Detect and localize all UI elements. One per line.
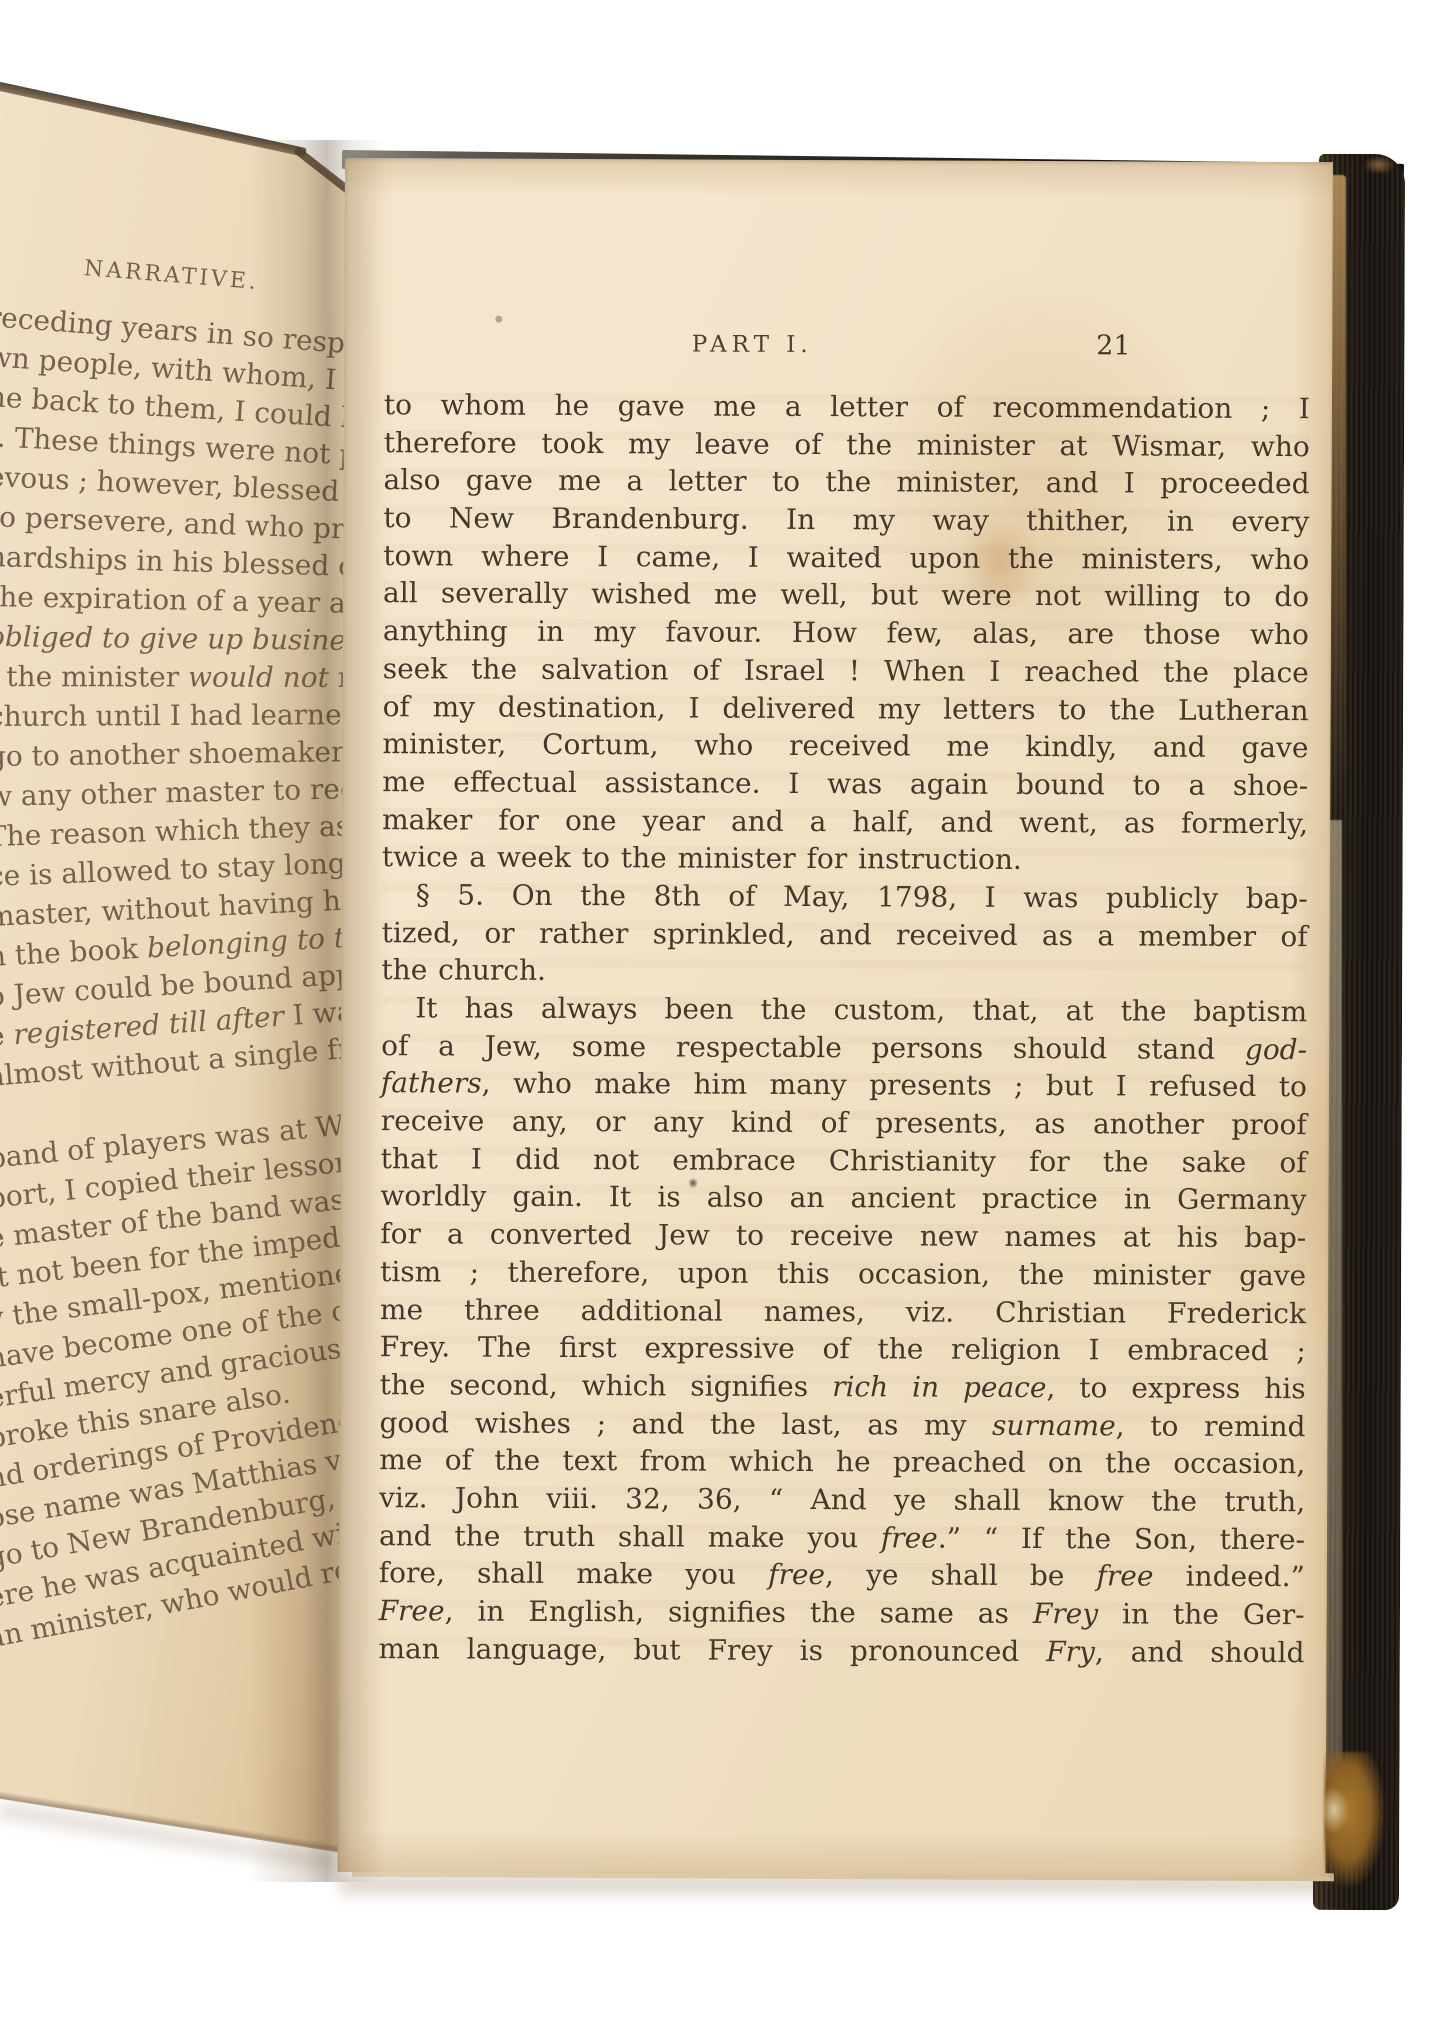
paper-speck (873, 547, 878, 552)
text-line: to whom he gave me a letter of recommend… (384, 386, 1310, 428)
text-line: Frey. The first expressive of the religi… (380, 1328, 1306, 1370)
text-line: twice a week to the minister for instruc… (382, 838, 1308, 880)
text-line: of my destination, I delivered my letter… (383, 688, 1309, 730)
italic-text: Frey (1033, 1597, 1098, 1630)
italic-text: god- (1245, 1033, 1307, 1066)
worn-cover-top-corner (1364, 156, 1394, 174)
text-line: man language, but Frey is pronounced Fry… (378, 1630, 1304, 1672)
text-line: good wishes ; and the last, as my surnam… (379, 1404, 1305, 1446)
right-page-body: to whom he gave me a letter of recommend… (378, 386, 1310, 1671)
text-line: of a Jew, some respectable persons shoul… (381, 1027, 1307, 1069)
text-line: the second, which signifies rich in peac… (380, 1366, 1306, 1408)
worn-corner-paper (1320, 1788, 1348, 1832)
paper-speck (495, 316, 502, 323)
text-line: fathers, who make him many presents ; bu… (381, 1065, 1307, 1107)
text-line: anything in my favour. How few, alas, ar… (383, 612, 1309, 654)
text-line: me effectual assistance. I was again bou… (382, 763, 1308, 805)
italic-text: rich in peace (832, 1370, 1047, 1404)
text-line: tized, or rather sprinkled, and received… (382, 914, 1308, 956)
book-photo: NARRATIVE. receding years in so respecta… (0, 0, 1445, 2023)
italic-text: Fry (1046, 1635, 1095, 1668)
italic-text: free (881, 1521, 938, 1554)
italic-text: surname (992, 1408, 1116, 1442)
right-page-header-row: PART I. 21 (344, 330, 1332, 374)
right-page: PART I. 21 to whom he gave me a letter o… (338, 158, 1333, 1876)
italic-text: free (768, 1558, 825, 1591)
text-line: to New Brandenburg. In my way thither, i… (383, 499, 1309, 541)
text-line: minister, Cortum, who received me kindly… (382, 725, 1308, 767)
text-line: me three additional names, viz. Christia… (380, 1291, 1306, 1333)
italic-text: fathers (381, 1067, 482, 1100)
text-line: for a converted Jew to receive new names… (380, 1215, 1306, 1257)
text-line: tism ; therefore, upon this occasion, th… (380, 1253, 1306, 1295)
text-line: therefore took my leave of the minister … (384, 424, 1310, 466)
text-line: and the truth shall make you free.” “ If… (379, 1517, 1305, 1559)
text-line: me of the text from which he preached on… (379, 1441, 1305, 1483)
paper-speck (689, 1178, 698, 1189)
text-line: seek the salvation of Israel ! When I re… (383, 650, 1309, 692)
text-line: It has always been the custom, that, at … (381, 989, 1307, 1031)
text-line: also gave me a letter to the minister, a… (384, 462, 1310, 504)
right-page-running-head: PART I. (692, 332, 813, 359)
text-line: receive any, or any kind of presents, as… (381, 1102, 1307, 1144)
text-line: viz. John viii. 32, 36, “ And ye shall k… (379, 1479, 1305, 1521)
text-line: worldly gain. It is also an ancient prac… (380, 1178, 1306, 1220)
text-line: town where I came, I waited upon the min… (383, 537, 1309, 579)
italic-text: obliged to give up business (0, 620, 375, 657)
text-line: maker for one year and a half, and went,… (382, 801, 1308, 843)
page-number: 21 (1096, 330, 1130, 361)
italic-text: would not (188, 661, 329, 694)
text-line: fore, shall make you free, ye shall be f… (379, 1554, 1305, 1596)
text-line: all severally wished me well, but were n… (383, 575, 1309, 617)
italic-text: free (1096, 1560, 1153, 1593)
text-line: that I did not embrace Christianity for … (381, 1140, 1307, 1182)
text-line: the church. (381, 951, 1307, 993)
text-line: Free, in English, signifies the same as … (379, 1592, 1305, 1634)
italic-text: Free (379, 1594, 445, 1627)
text-line: § 5. On the 8th of May, 1798, I was publ… (382, 876, 1308, 918)
